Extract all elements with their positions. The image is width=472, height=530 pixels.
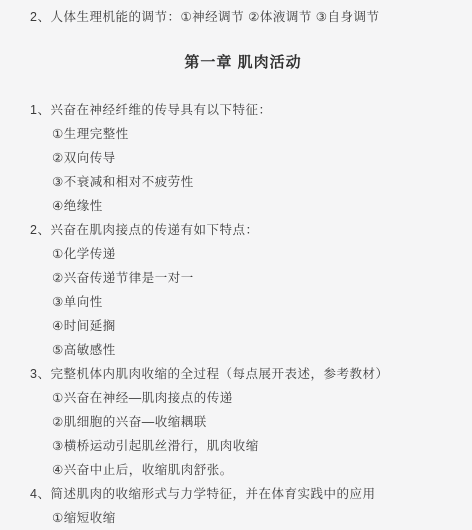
question-block-4: 4、简述肌肉的收缩形式与力学特征，并在体育实践中的应用 ①缩短收缩	[30, 482, 456, 530]
answer-item: ①化学传递	[52, 242, 456, 266]
answer-item: ③横桥运动引起肌丝滑行，肌肉收缩	[52, 434, 456, 458]
answer-item: ①生理完整性	[52, 122, 456, 146]
answer-item: ④绝缘性	[52, 194, 456, 218]
question-heading: 3、完整机体内肌肉收缩的全过程（每点展开表述，参考教材）	[30, 362, 456, 386]
question-block-3: 3、完整机体内肌肉收缩的全过程（每点展开表述，参考教材） ①兴奋在神经—肌肉接点…	[30, 362, 456, 482]
answer-item: ③不衰减和相对不疲劳性	[52, 170, 456, 194]
question-block-2: 2、兴奋在肌肉接点的传递有如下特点： ①化学传递 ②兴奋传递节律是一对一 ③单向…	[30, 218, 456, 362]
chapter-title: 第一章 肌肉活动	[30, 51, 456, 75]
intro-line: 2、人体生理机能的调节：①神经调节 ②体液调节 ③自身调节	[30, 5, 456, 29]
answer-item: ①兴奋在神经—肌肉接点的传递	[52, 386, 456, 410]
answer-item: ④时间延搁	[52, 314, 456, 338]
question-heading: 4、简述肌肉的收缩形式与力学特征，并在体育实践中的应用	[30, 482, 456, 506]
answer-item: ①缩短收缩	[52, 506, 456, 530]
answer-item: ④兴奋中止后，收缩肌肉舒张。	[52, 458, 456, 482]
question-heading: 2、兴奋在肌肉接点的传递有如下特点：	[30, 218, 456, 242]
answer-item: ②兴奋传递节律是一对一	[52, 266, 456, 290]
question-heading: 1、兴奋在神经纤维的传导具有以下特征：	[30, 98, 456, 122]
question-block-1: 1、兴奋在神经纤维的传导具有以下特征： ①生理完整性 ②双向传导 ③不衰减和相对…	[30, 98, 456, 218]
document-page: 2、人体生理机能的调节：①神经调节 ②体液调节 ③自身调节 第一章 肌肉活动 1…	[0, 0, 472, 530]
answer-item: ②双向传导	[52, 146, 456, 170]
answer-item: ⑤高敏感性	[52, 338, 456, 362]
answer-item: ③单向性	[52, 290, 456, 314]
answer-item: ②肌细胞的兴奋—收缩耦联	[52, 410, 456, 434]
